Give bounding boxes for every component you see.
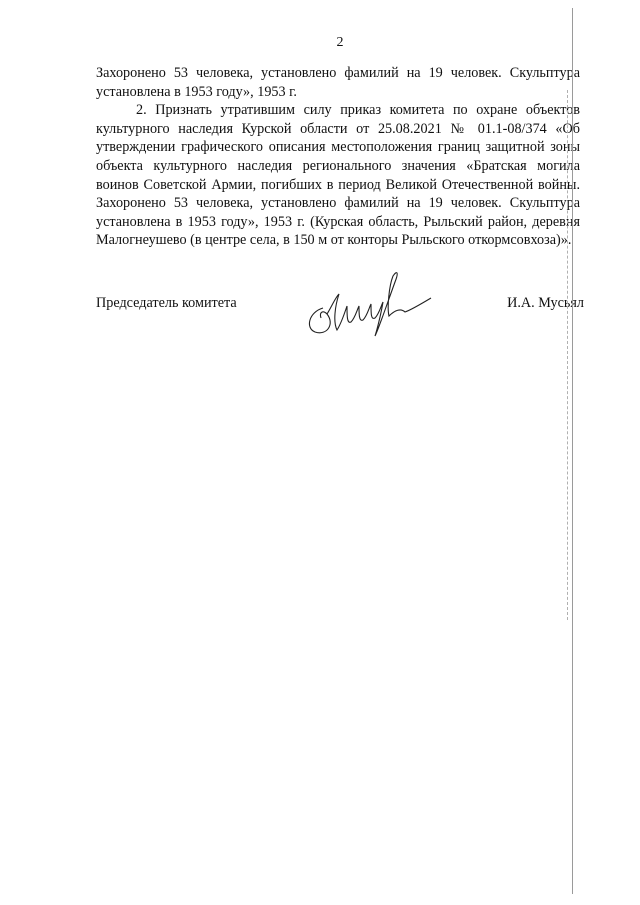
page-number: 2 <box>0 35 640 51</box>
paragraph-continuation: Захоронено 53 человека, установлено фами… <box>96 64 580 101</box>
signature-icon <box>305 268 435 340</box>
document-body: Захоронено 53 человека, установлено фами… <box>96 64 580 250</box>
paragraph-item-2: 2. Признать утратившим силу приказ комит… <box>96 101 580 250</box>
signatory-title: Председатель комитета <box>96 295 237 312</box>
margin-line <box>572 8 573 894</box>
margin-guide-dotted <box>567 90 568 620</box>
